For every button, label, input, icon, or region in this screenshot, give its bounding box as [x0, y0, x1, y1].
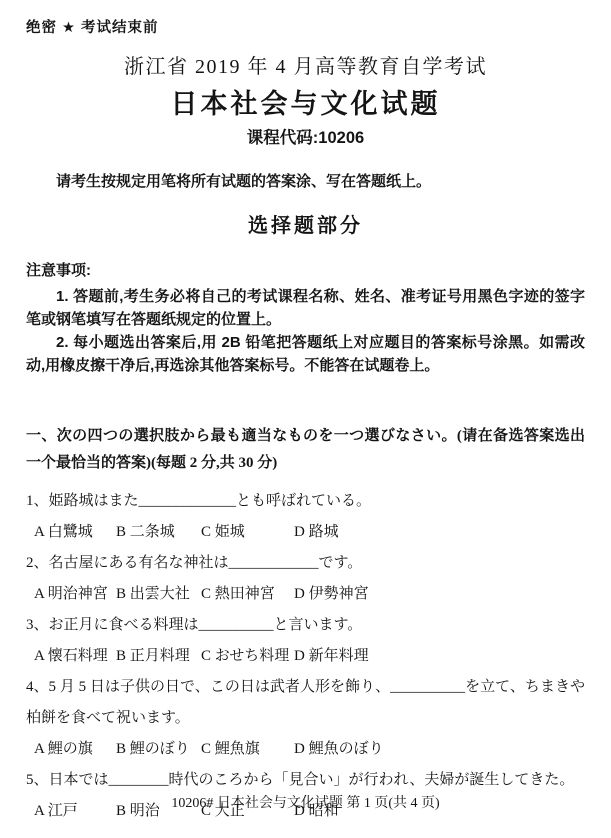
- question-4-options: A 鯉の旗 B 鯉のぼり C 鯉魚旗 D 鯉魚のぼり: [26, 734, 585, 765]
- course-code: 课程代码:10206: [26, 124, 585, 148]
- note-item-2: 2. 每小题选出答案后,用 2B 铅笔把答题纸上对应题目的答案标号涂黑。如需改动…: [26, 331, 585, 377]
- question-3-option-c: C おせち料理: [201, 641, 294, 672]
- page-footer: 10206# 日本社会与文化试题 第 1 页(共 4 页): [0, 792, 611, 812]
- question-1: 1、姫路城はまた_____________とも呼ばれている。 A 白鷺城 B 二…: [26, 486, 585, 548]
- question-2-option-d: D 伊勢神宮: [294, 579, 369, 610]
- question-3-option-d: D 新年料理: [294, 641, 369, 672]
- question-4-stem: 4、5 月 5 日は子供の日で、この日は武者人形を飾り、__________を立…: [26, 672, 585, 734]
- question-1-option-c: C 姫城: [201, 517, 294, 548]
- question-3: 3、お正月に食べる料理は__________と言います。 A 懐石料理 B 正月…: [26, 610, 585, 672]
- question-4-option-c: C 鯉魚旗: [201, 734, 294, 765]
- question-2-option-c: C 熱田神宮: [201, 579, 294, 610]
- question-1-option-b: B 二条城: [116, 517, 201, 548]
- question-1-stem: 1、姫路城はまた_____________とも呼ばれている。: [26, 486, 585, 517]
- question-1-option-d: D 路城: [294, 517, 339, 548]
- paper-title: 日本社会与文化试题: [26, 82, 585, 121]
- question-2-stem: 2、名古屋にある有名な神社は____________です。: [26, 548, 585, 579]
- note-item-1: 1. 答题前,考生务必将自己的考试课程名称、姓名、准考证号用黑色字迹的签字笔或钢…: [26, 285, 585, 331]
- question-4-option-d: D 鯉魚のぼり: [294, 734, 384, 765]
- exam-session-title: 浙江省 2019 年 4 月高等教育自学考试: [26, 50, 585, 79]
- question-3-option-b: B 正月料理: [116, 641, 201, 672]
- question-3-stem: 3、お正月に食べる料理は__________と言います。: [26, 610, 585, 641]
- question-2-option-b: B 出雲大社: [116, 579, 201, 610]
- question-2-option-a: A 明治神宮: [34, 579, 116, 610]
- section-title: 选择题部分: [26, 209, 585, 238]
- question-3-option-a: A 懐石料理: [34, 641, 116, 672]
- question-2: 2、名古屋にある有名な神社は____________です。 A 明治神宮 B 出…: [26, 548, 585, 610]
- question-4-option-a: A 鯉の旗: [34, 734, 116, 765]
- notes-title: 注意事项:: [26, 259, 585, 280]
- exam-paper-page: 绝密 ★ 考试结束前 浙江省 2019 年 4 月高等教育自学考试 日本社会与文…: [0, 0, 611, 838]
- question-2-options: A 明治神宮 B 出雲大社 C 熱田神宮 D 伊勢神宮: [26, 579, 585, 610]
- question-4-option-b: B 鯉のぼり: [116, 734, 201, 765]
- question-1-options: A 白鷺城 B 二条城 C 姫城 D 路城: [26, 517, 585, 548]
- question-3-options: A 懐石料理 B 正月料理 C おせち料理 D 新年料理: [26, 641, 585, 672]
- notes-list: 1. 答题前,考生务必将自己的考试课程名称、姓名、准考证号用黑色字迹的签字笔或钢…: [26, 285, 585, 377]
- answer-sheet-instruction: 请考生按规定用笔将所有试题的答案涂、写在答题纸上。: [26, 170, 585, 191]
- question-1-option-a: A 白鷺城: [34, 517, 116, 548]
- classification-banner: 绝密 ★ 考试结束前: [26, 16, 585, 37]
- part-one-intro: 一、次の四つの選択肢から最も適当なものを一つ選びなさい。(请在备选答案选出一个最…: [26, 423, 585, 477]
- question-4: 4、5 月 5 日は子供の日で、この日は武者人形を飾り、__________を立…: [26, 672, 585, 765]
- question-list: 1、姫路城はまた_____________とも呼ばれている。 A 白鷺城 B 二…: [26, 486, 585, 827]
